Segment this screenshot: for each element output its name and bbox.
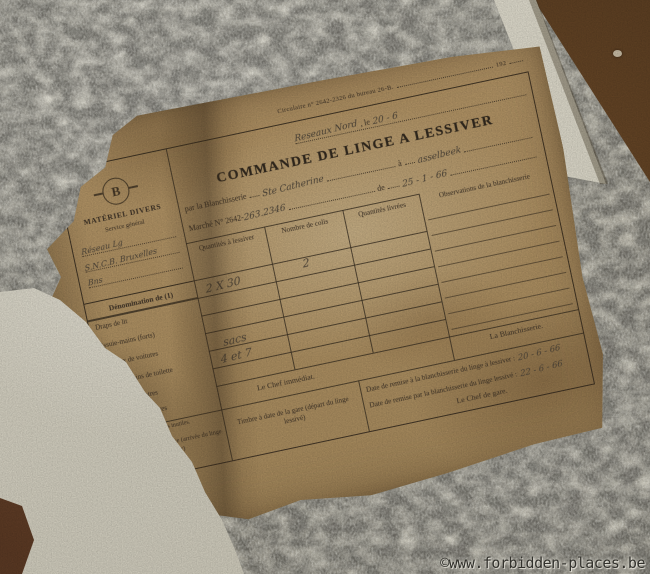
handwritten-date-remise-par: 22 - 6 - 66 bbox=[519, 359, 563, 380]
watermark: ©www.forbidden-places.be bbox=[440, 554, 645, 572]
a-label: à bbox=[397, 159, 402, 169]
de-label: de bbox=[376, 183, 385, 193]
dotted-rule bbox=[403, 154, 415, 165]
photo-scene: Circulaire n° 2642-2326 du bureau 26-B. … bbox=[0, 0, 650, 574]
dotted-rule bbox=[248, 187, 260, 198]
dotted-rule bbox=[386, 178, 400, 189]
le-label: , le bbox=[359, 117, 370, 128]
handwritten-marche-date: 25 - 1 - 66 bbox=[402, 169, 448, 190]
floor-pebble bbox=[613, 50, 622, 57]
handwritten-date: 20 - 6 bbox=[372, 111, 398, 127]
handwritten-network: Réseau Lg bbox=[81, 238, 123, 257]
chef-immediat-label: Le Chef immédiat. bbox=[221, 364, 350, 400]
observations-ruled-lines bbox=[425, 179, 573, 332]
blanchisserie-prefix: par la Blanchisserie bbox=[184, 192, 248, 214]
handwritten-colis-1: 2 bbox=[302, 256, 310, 271]
stamp-box-depart: Timbre à date de la gare (départ du ling… bbox=[229, 393, 358, 438]
handwritten-depot: Bns bbox=[87, 275, 103, 288]
marche-prefix: Marché N° 2642- bbox=[188, 213, 245, 233]
handwritten-marche-number: 263.2346 bbox=[243, 203, 286, 223]
dotted-rule bbox=[508, 52, 524, 64]
handwritten-location: asselbeek bbox=[417, 145, 462, 166]
handwritten-place: Reseaux Nord bbox=[294, 119, 358, 145]
year-printed: 192 bbox=[495, 60, 507, 69]
sncb-winged-b-logo: B bbox=[100, 175, 132, 207]
logo-letter: B bbox=[110, 182, 122, 199]
